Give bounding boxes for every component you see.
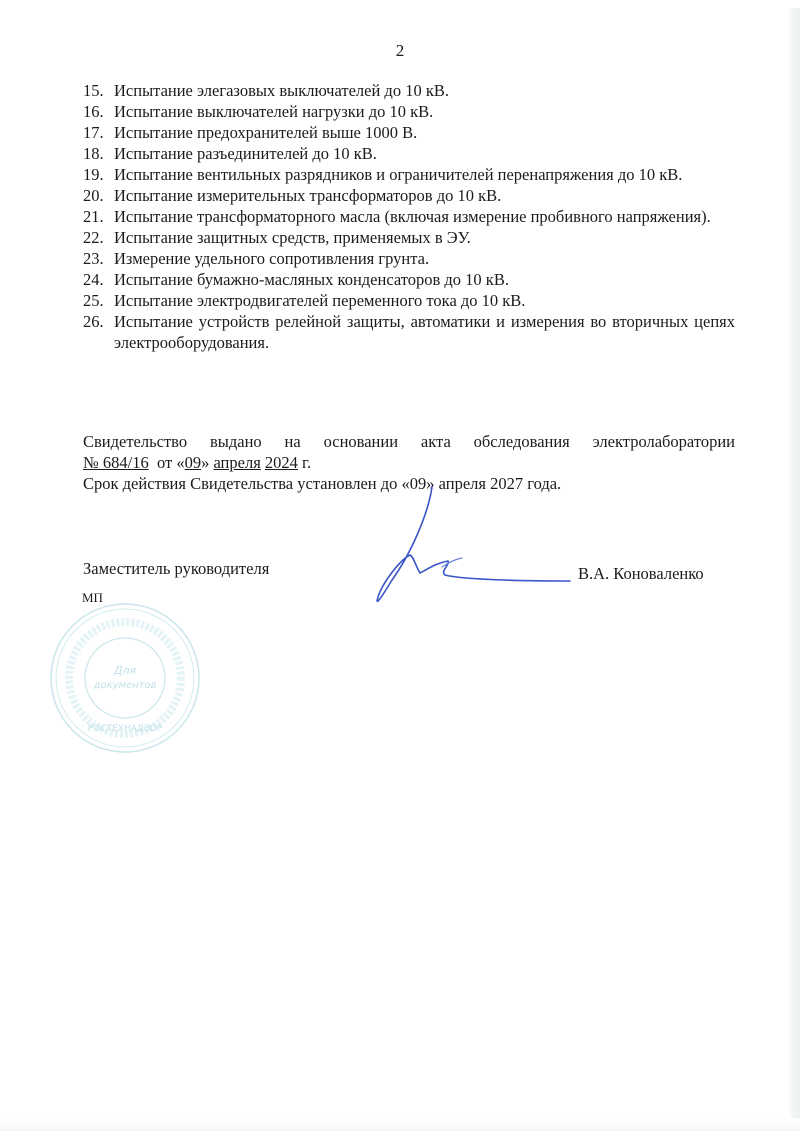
- act-year-suffix: г.: [298, 453, 311, 472]
- act-number: № 684/16: [83, 453, 149, 472]
- stamp-center-line2: документов: [92, 680, 156, 691]
- list-item-number: 15.: [83, 80, 114, 101]
- signer-position: Заместитель руководителя: [83, 559, 269, 579]
- list-item-text: Испытание разъединителей до 10 кВ.: [114, 143, 735, 164]
- scan-edge-bottom: [0, 1119, 800, 1131]
- list-item-number: 25.: [83, 290, 114, 311]
- list-item-text: Измерение удельного сопротивления грунта…: [114, 248, 735, 269]
- test-types-list: 15. Испытание элегазовых выключателей до…: [83, 80, 735, 353]
- list-item-text: Испытание элегазовых выключателей до 10 …: [114, 80, 735, 101]
- list-item-text: Испытание измерительных трансформаторов …: [114, 185, 735, 206]
- list-item-text: Испытание вентильных разрядников и огран…: [114, 164, 735, 185]
- list-item-text: Испытание устройств релейной защиты, авт…: [114, 311, 735, 353]
- act-from-label: от «: [157, 453, 185, 472]
- list-item-number: 22.: [83, 227, 114, 248]
- list-item-text: Испытание электродвигателей переменного …: [114, 290, 735, 311]
- list-item: 23. Измерение удельного сопротивления гр…: [83, 248, 735, 269]
- signer-name: В.А. Коноваленко: [578, 564, 704, 584]
- list-item-number: 20.: [83, 185, 114, 206]
- list-item-number: 21.: [83, 206, 114, 227]
- act-day: 09: [185, 453, 202, 472]
- list-item: 15. Испытание элегазовых выключателей до…: [83, 80, 735, 101]
- list-item: 25. Испытание электродвигателей переменн…: [83, 290, 735, 311]
- act-month: апреля: [213, 453, 260, 472]
- list-item-text: Испытание предохранителей выше 1000 В.: [114, 122, 735, 143]
- act-day-close: »: [201, 453, 213, 472]
- list-item-number: 17.: [83, 122, 114, 143]
- certificate-basis: Свидетельство выдано на основании акта о…: [83, 431, 735, 473]
- list-item: 19. Испытание вентильных разрядников и о…: [83, 164, 735, 185]
- list-item-number: 16.: [83, 101, 114, 122]
- list-item: 24. Испытание бумажно-масляных конденсат…: [83, 269, 735, 290]
- list-item-text: Испытание защитных средств, применяемых …: [114, 227, 735, 248]
- list-item-number: 19.: [83, 164, 114, 185]
- list-item-text: Испытание бумажно-масляных конденсаторов…: [114, 269, 735, 290]
- list-item: 16. Испытание выключателей нагрузки до 1…: [83, 101, 735, 122]
- list-item-number: 26.: [83, 311, 114, 332]
- list-item-number: 18.: [83, 143, 114, 164]
- list-item-number: 24.: [83, 269, 114, 290]
- list-item: 22. Испытание защитных средств, применяе…: [83, 227, 735, 248]
- official-stamp: Для документов РОСТЕХНАДЗОР: [45, 598, 205, 758]
- list-item-text: Испытание трансформаторного масла (включ…: [114, 206, 735, 227]
- list-item: 26. Испытание устройств релейной защиты,…: [83, 311, 735, 353]
- scan-edge-right: [788, 8, 800, 1118]
- list-item: 20. Испытание измерительных трансформато…: [83, 185, 735, 206]
- list-item-number: 23.: [83, 248, 114, 269]
- page-number: 2: [0, 41, 800, 61]
- list-item: 18. Испытание разъединителей до 10 кВ.: [83, 143, 735, 164]
- handwritten-signature: [370, 485, 590, 610]
- certificate-basis-line: Свидетельство выдано на основании акта о…: [83, 431, 735, 452]
- stamp-center-line1: Для: [113, 664, 137, 677]
- list-item-text: Испытание выключателей нагрузки до 10 кВ…: [114, 101, 735, 122]
- list-item: 21. Испытание трансформаторного масла (в…: [83, 206, 735, 227]
- list-item: 17. Испытание предохранителей выше 1000 …: [83, 122, 735, 143]
- document-page: 2 15. Испытание элегазовых выключателей …: [0, 0, 800, 1131]
- act-year: 2024: [265, 453, 298, 472]
- stamp-ring-text: РОСТЕХНАДЗОР: [88, 724, 163, 734]
